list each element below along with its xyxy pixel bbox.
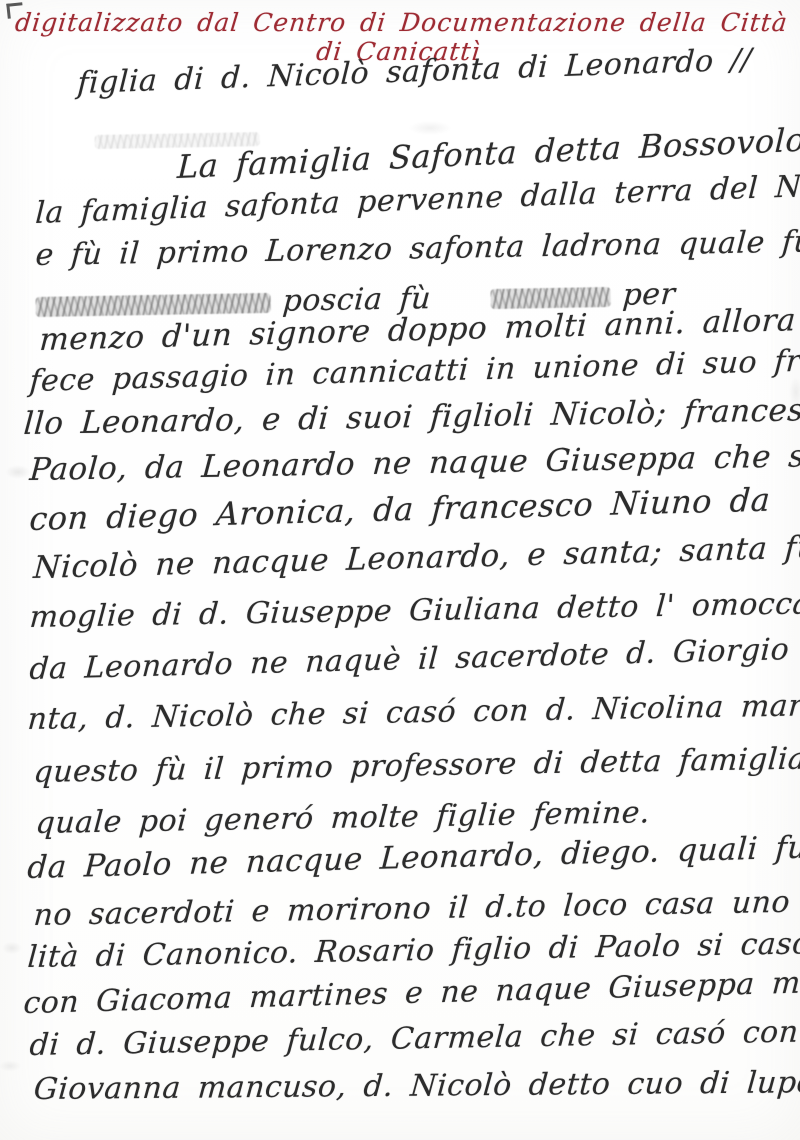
manuscript-lines: figlia di d. Nicolò safonta di Leonardo … [0, 0, 800, 1140]
handwritten-text: e fù il primo Lorenzo safonta ladrona qu… [34, 223, 800, 273]
handwritten-line: Giovanna mancuso, d. Nicolò detto cuo di… [34, 1065, 800, 1107]
handwritten-line: moglie di d. Giuseppe Giuliana detto l' … [29, 586, 800, 635]
handwritten-text: da Leonardo ne naquè il sacerdote d. Gio… [28, 630, 800, 687]
handwritten-line: llo Leonardo, e di suoi figlioli Nicolò;… [23, 391, 800, 442]
handwritten-line: e fù il primo Lorenzo safonta ladrona qu… [35, 223, 800, 273]
handwritten-line: quale poi generó molte figlie femine. [35, 795, 650, 841]
handwritten-line: questo fù il primo professore di detta f… [33, 742, 800, 790]
handwritten-text: Paolo, da Leonardo ne naque Giuseppa che… [28, 437, 800, 488]
handwritten-text: moglie di d. Giuseppe Giuliana detto l' … [28, 586, 800, 635]
handwritten-text: no sacerdoti e morirono il d.to loco cas… [32, 882, 800, 933]
scratched-out-text [36, 293, 271, 317]
scratched-out-text [491, 287, 611, 309]
handwritten-line: da Leonardo ne naquè il sacerdote d. Gio… [29, 630, 800, 687]
handwritten-line: Nicolò ne nacque Leonardo, e santa; sant… [33, 529, 800, 586]
handwritten-text: llo Leonardo, e di suoi figlioli Nicolò;… [22, 391, 800, 442]
handwritten-text: di d. Giuseppe fulco, Carmela che si cas… [28, 1014, 800, 1063]
handwritten-text: Giovanna mancuso, d. Nicolò detto cuo di… [32, 1065, 800, 1107]
handwritten-text: figlia di d. Nicolò safonta di Leonardo … [76, 42, 752, 101]
handwritten-line: no sacerdoti e morirono il d.to loco cas… [33, 882, 800, 933]
handwritten-line: la famiglia safonta pervenne dalla terra… [35, 166, 800, 231]
blank-gap [431, 307, 491, 308]
scanned-page: digitalizzato dal Centro di Documentazio… [0, 0, 800, 1140]
handwritten-line: Paolo, da Leonardo ne naque Giuseppa che… [29, 437, 800, 488]
handwritten-line: di d. Giuseppe fulco, Carmela che si cas… [29, 1014, 800, 1063]
handwritten-line: nta, d. Nicolò che si casó con d. Nicoli… [27, 686, 800, 737]
handwritten-text: nta, d. Nicolò che si casó con d. Nicoli… [26, 686, 800, 737]
handwritten-line: figlia di d. Nicolò safonta di Leonardo … [77, 42, 753, 101]
handwritten-text: con diego Aronica, da francesco Niuno da [28, 481, 771, 538]
handwritten-line: con diego Aronica, da francesco Niuno da [29, 481, 771, 538]
handwritten-text: questo fù il primo professore di detta f… [32, 741, 800, 790]
handwritten-text: Nicolò ne nacque Leonardo, e santa; sant… [32, 529, 800, 586]
handwritten-text: la famiglia safonta pervenne dalla terra… [34, 166, 800, 231]
handwritten-text: quale poi generó molte figlie femine. [34, 795, 651, 841]
